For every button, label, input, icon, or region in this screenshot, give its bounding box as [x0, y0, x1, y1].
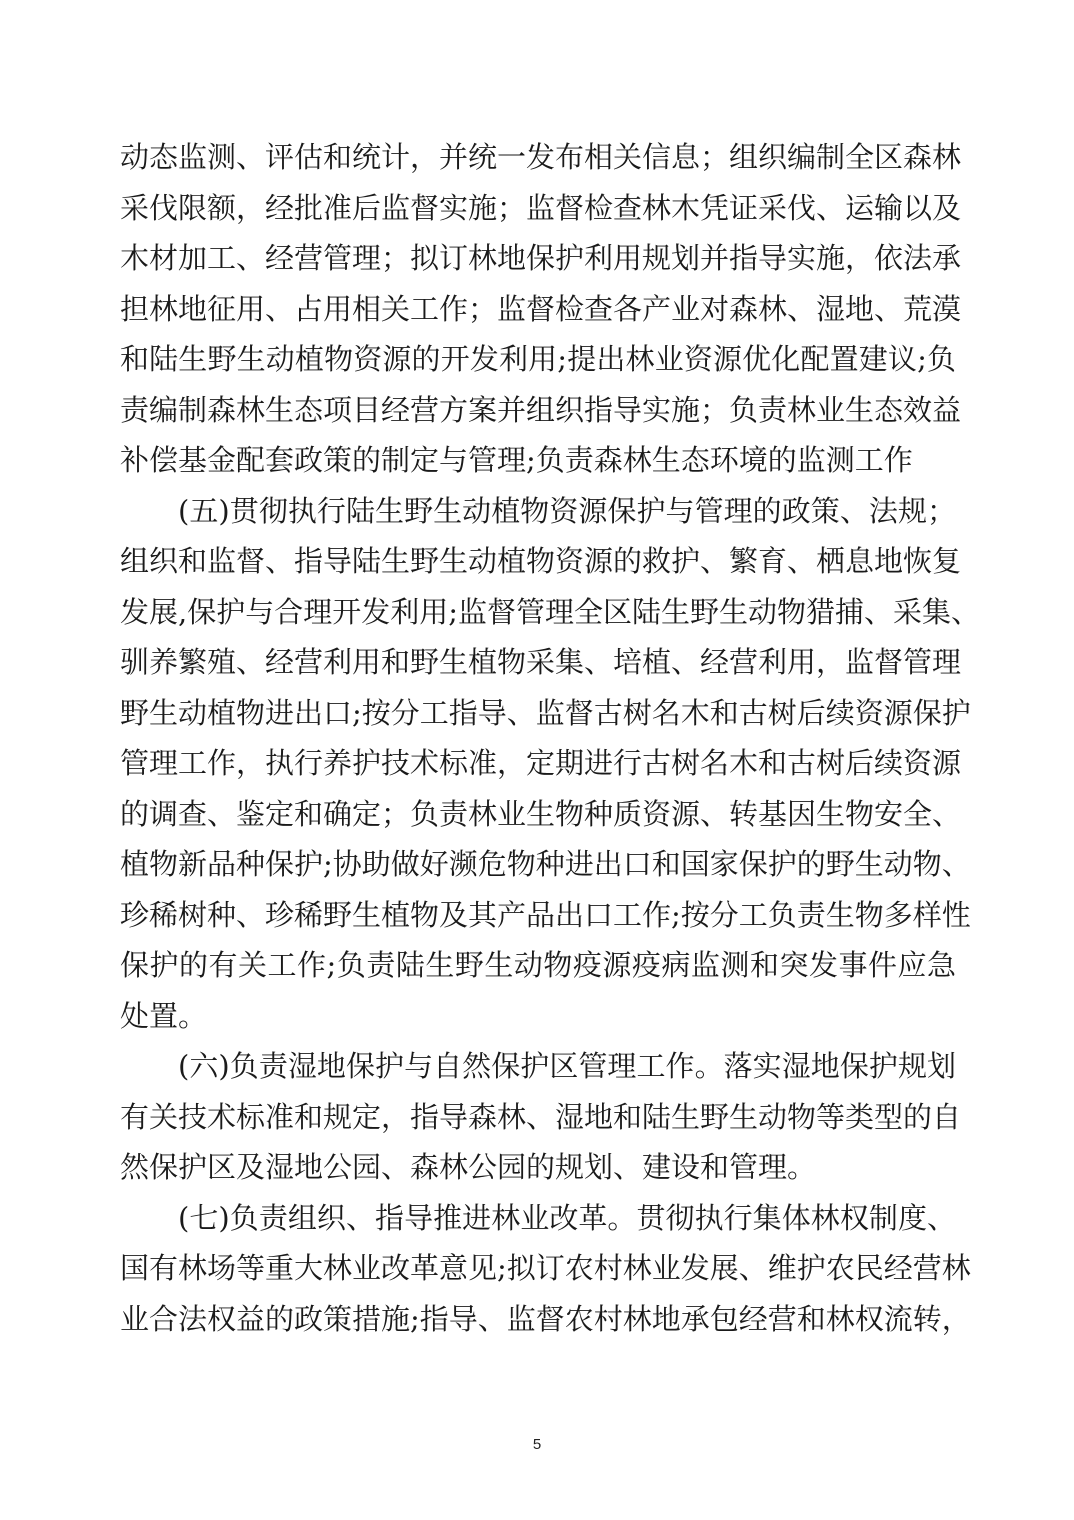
text-line: 有关技术标准和规定，指导森林、湿地和陆生野生动物等类型的自 [120, 1092, 956, 1143]
text-line: 野生动植物进出口;按分工指导、监督古树名木和古树后续资源保护 [120, 688, 956, 739]
text-line: 管理工作，执行养护技术标准，定期进行古树名木和古树后续资源 [120, 738, 956, 789]
text-line: 发展,保护与合理开发利用;监督管理全区陆生野生动物猎捕、采集、 [120, 587, 956, 638]
text-line: (六)负责湿地保护与自然保护区管理工作。落实湿地保护规划 [120, 1041, 956, 1092]
text-line: 处置。 [120, 991, 956, 1042]
paragraph-item-7: (七)负责组织、指导推进林业改革。贯彻执行集体林权制度、 国有林场等重大林业改革… [120, 1193, 960, 1345]
text-line: (七)负责组织、指导推进林业改革。贯彻执行集体林权制度、 [120, 1193, 956, 1244]
text-line: 采伐限额，经批准后监督实施；监督检查林木凭证采伐、运输以及 [120, 183, 956, 234]
text-line: 组织和监督、指导陆生野生动植物资源的救护、繁育、栖息地恢复 [120, 536, 956, 587]
text-line: 责编制森林生态项目经营方案并组织指导实施；负责林业生态效益 [120, 385, 956, 436]
paragraph-continuation: 动态监测、评估和统计，并统一发布相关信息；组织编制全区森林 采伐限额，经批准后监… [120, 132, 960, 486]
text-line: 业合法权益的政策措施;指导、监督农村林地承包经营和林权流转， [120, 1294, 956, 1345]
text-line: 驯养繁殖、经营利用和野生植物采集、培植、经营利用，监督管理 [120, 637, 956, 688]
page-number: 5 [0, 1436, 1074, 1453]
text-line: 植物新品种保护;协助做好濒危物种进出口和国家保护的野生动物、 [120, 839, 956, 890]
text-line: 木材加工、经营管理；拟订林地保护利用规划并指导实施，依法承 [120, 233, 956, 284]
text-line: 和陆生野生动植物资源的开发利用;提出林业资源优化配置建议;负 [120, 334, 956, 385]
text-line: 的调查、鉴定和确定；负责林业生物种质资源、转基因生物安全、 [120, 789, 956, 840]
paragraph-item-5: (五)贯彻执行陆生野生动植物资源保护与管理的政策、法规； 组织和监督、指导陆生野… [120, 486, 960, 1042]
document-page: 动态监测、评估和统计，并统一发布相关信息；组织编制全区森林 采伐限额，经批准后监… [0, 0, 1074, 1520]
body-text: 动态监测、评估和统计，并统一发布相关信息；组织编制全区森林 采伐限额，经批准后监… [120, 132, 960, 1344]
text-line: 担林地征用、占用相关工作；监督检查各产业对森林、湿地、荒漠 [120, 284, 956, 335]
text-line: 保护的有关工作;负责陆生野生动物疫源疫病监测和突发事件应急 [120, 940, 956, 991]
paragraph-item-6: (六)负责湿地保护与自然保护区管理工作。落实湿地保护规划 有关技术标准和规定，指… [120, 1041, 960, 1193]
text-line: 国有林场等重大林业改革意见;拟订农村林业发展、维护农民经营林 [120, 1243, 956, 1294]
text-line: 动态监测、评估和统计，并统一发布相关信息；组织编制全区森林 [120, 132, 956, 183]
text-line: 珍稀树种、珍稀野生植物及其产品出口工作;按分工负责生物多样性 [120, 890, 956, 941]
text-line: (五)贯彻执行陆生野生动植物资源保护与管理的政策、法规； [120, 486, 956, 537]
text-line: 然保护区及湿地公园、森林公园的规划、建设和管理。 [120, 1142, 956, 1193]
text-line: 补偿基金配套政策的制定与管理;负责森林生态环境的监测工作 [120, 435, 956, 486]
